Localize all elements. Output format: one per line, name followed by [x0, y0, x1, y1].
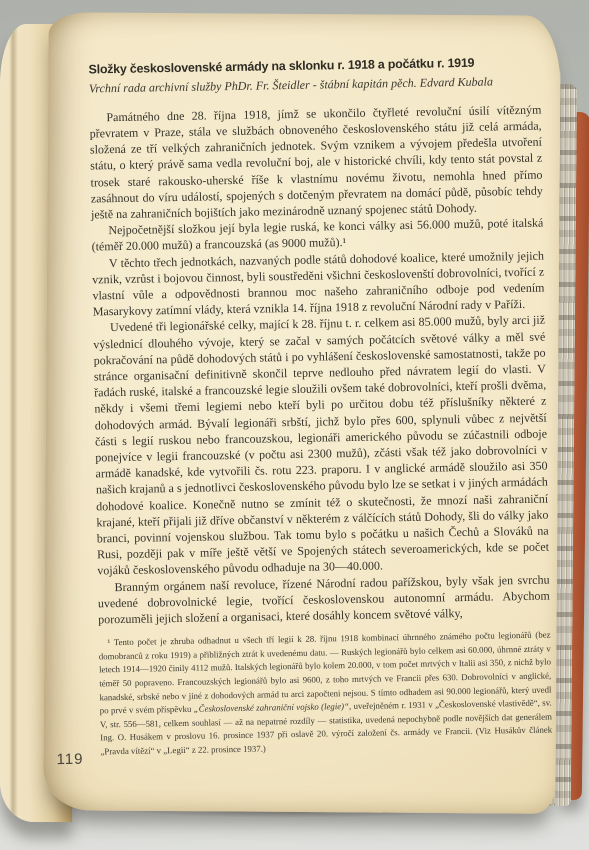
photo-backdrop: Složky československé armády na sklonku … — [0, 0, 589, 850]
footnote: ¹ Tento počet je zhruba odhadnut u všech… — [98, 629, 552, 759]
paragraphs: Památného dne 28. října 1918, jímž se uk… — [89, 101, 550, 627]
paragraph: Branným orgánem naší revoluce, řízené Ná… — [97, 571, 550, 627]
paragraph: Památného dne 28. října 1918, jímž se uk… — [89, 101, 543, 222]
footnote-cited-title: „Československé zahraniční vojsko (legie… — [194, 701, 349, 714]
footnote-text: ¹ Tento počet je zhruba odhadnut u všech… — [98, 629, 552, 759]
open-book: Složky československé armády na sklonku … — [0, 0, 589, 850]
page-content: Složky československé armády na sklonku … — [88, 55, 552, 759]
paragraph: Uvedené tři legionářské celky, mající k … — [93, 312, 549, 579]
book-page: Složky československé armády na sklonku … — [43, 12, 561, 814]
paragraph: V těchto třech jednotkách, nazvaných pod… — [92, 247, 545, 320]
page-number: 119 — [56, 751, 83, 768]
